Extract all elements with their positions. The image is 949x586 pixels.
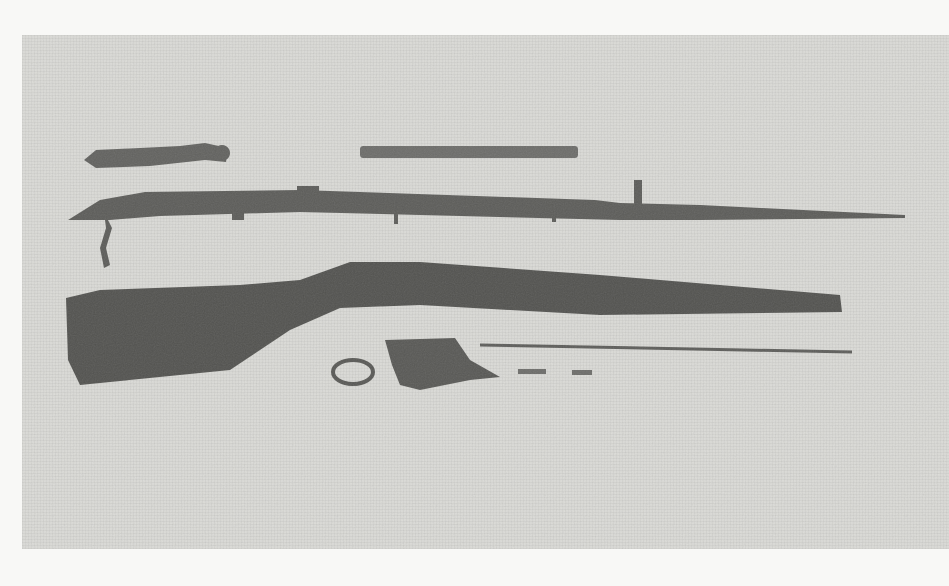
- scanned-page: [0, 0, 949, 586]
- rifle-parts-drawing: [0, 0, 949, 586]
